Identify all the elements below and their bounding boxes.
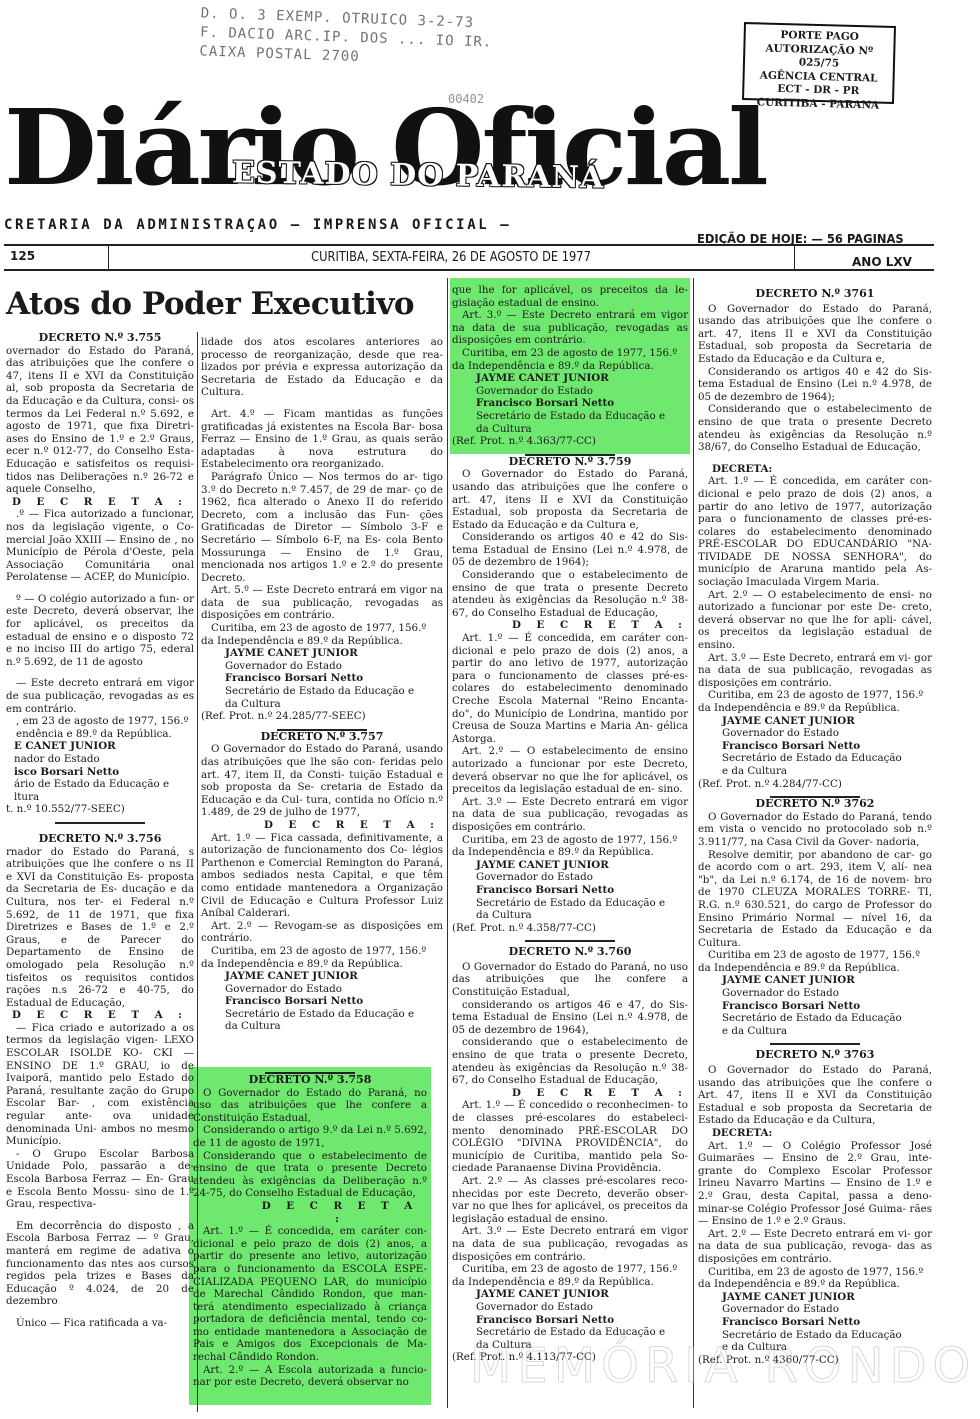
secretaria-line: CRETARIA DA ADMINISTRAÇAO — IMPRENSA OFI… xyxy=(4,217,511,233)
protocol-ref: t. n.º 10.552/77-SEEC) xyxy=(6,803,194,816)
article-text: Art. 1.º — É concedida, em caráter con- … xyxy=(698,475,932,588)
decreta-label: DECRETA: xyxy=(698,463,932,476)
closing-date: da Independência e 89.º da República. xyxy=(698,702,932,715)
decreta-label: D E C R E T A : xyxy=(193,1200,427,1225)
article-text: Em decorrência do disposto , a Escola Ba… xyxy=(6,1220,194,1308)
decreta-label: D E C R E T A : xyxy=(6,1009,194,1022)
article-text: - O Grupo Escolar Barbosa Unidade Polo, … xyxy=(6,1148,194,1211)
column-divider xyxy=(693,278,694,1408)
secretary-role: Secretário de Estado da Educação e xyxy=(201,685,443,698)
dateline-bar: 125 CURITIBA, SEXTA-FEIRA, 26 DE AGOSTO … xyxy=(4,244,934,271)
governor-name: JAYME CANET JUNIOR xyxy=(452,372,688,385)
decreta-label: D E C R E T A : xyxy=(201,819,443,832)
decree-title: DECRETO N.º 3761 xyxy=(698,288,932,301)
governor-role: Governador do Estado xyxy=(698,987,932,1000)
secretary-name: Francisco Borsari Netto xyxy=(698,1316,932,1329)
closing-date: Curitiba, em 23 de agosto de 1977, 156.º xyxy=(201,622,443,635)
decree-preamble: O Governador do Estado do Paraná, no uso… xyxy=(193,1087,427,1125)
decree-preamble: O Governador do Estado do Paraná, usando… xyxy=(698,1064,932,1127)
governor-role: Governador do Estado xyxy=(452,385,688,398)
article-text: Art. 2.º — O estabelecimento de ensi- no… xyxy=(698,589,932,652)
postal-stamp: D. O. 3 EXEMP. OTRUICO 3-2-73 F. DACIO A… xyxy=(199,4,521,72)
porte-line: AUTORIZAÇÃO Nº 025/75 xyxy=(747,42,892,73)
decree-preamble: O Governador do Estado do Paraná, no uso… xyxy=(452,961,688,999)
article-text: Art. 2.º — O estabelecimento de ensino a… xyxy=(452,745,688,795)
decree-preamble: Considerando os artigos 40 e 42 do Sis- … xyxy=(698,366,932,404)
secretary-role: Secretário de Estado da Educação xyxy=(698,752,932,765)
decree-title: DECRETO N.º 3.757 xyxy=(201,731,443,744)
article-text: Art. 1.º — É concedido o reconhecimen- t… xyxy=(452,1099,688,1175)
closing-date: Curitiba, em 23 de agosto de 1977, 156.º xyxy=(201,945,443,958)
decree-title: DECRETO N.º 3.760 xyxy=(452,946,688,959)
issue-number: 125 xyxy=(10,249,35,263)
secretary-role: ltura xyxy=(6,791,194,804)
column-3: que lhe for aplicável, os preceitos da l… xyxy=(452,284,688,1364)
article-text: Art. 3.º — Este Decreto entrará em vigor… xyxy=(452,309,688,347)
closing-date: Curitiba, em 23 de agosto de 1977, 156.º xyxy=(452,1263,688,1276)
article-text: Art. 2.º — Revogam-se as disposições em … xyxy=(201,920,443,945)
divider xyxy=(108,244,109,271)
secretary-role: Secretário de Estado da Educação e xyxy=(452,410,688,423)
article-text: lidade dos atos escolares anteriores ao … xyxy=(201,336,443,399)
article-text: Art. 4.º — Ficam mantidas as funções gra… xyxy=(201,408,443,471)
protocol-ref: (Ref. Prot. n.º 24.285/77-SEEC) xyxy=(201,710,443,723)
divider xyxy=(794,244,795,271)
year-roman: ANO LXV xyxy=(852,255,912,269)
protocol-ref: (Ref. Prot. n.º 4.284/77-CC) xyxy=(698,778,932,791)
governor-role: nador do Estado xyxy=(6,753,194,766)
decree-title: DECRETO N.º 3763 xyxy=(698,1049,932,1062)
closing-date: da Independência e 89.º da República. xyxy=(698,962,932,975)
closing-date: endência e 89.º da República. xyxy=(6,728,194,741)
governor-role: Governador do Estado xyxy=(452,1301,688,1314)
decree-3758-highlighted: DECRETO N.º 3.758 O Governador do Estado… xyxy=(193,1072,427,1389)
article-text: Art. 1.º — Fica cassada, definitivamente… xyxy=(201,832,443,920)
dateline-text: CURITIBA, SEXTA-FEIRA, 26 DE AGOSTO DE 1… xyxy=(149,250,753,265)
decree-title: DECRETO N.º 3.759 xyxy=(452,456,688,469)
closing-date: Curitiba, em 23 de agosto de 1977, 156.º xyxy=(698,689,932,702)
governor-role: Governador do Estado xyxy=(201,660,443,673)
secretary-role: Secretário de Estado da Educação e xyxy=(452,1326,688,1339)
secretary-name: Francisco Borsari Netto xyxy=(452,884,688,897)
article-text: Art. 2.º — Este Decreto entrará em vi- g… xyxy=(698,1228,932,1266)
secretary-role: e da Cultura xyxy=(698,765,932,778)
closing-date: da Independência e 89.º da República. xyxy=(452,846,688,859)
article-text: — Fica criado e autorizado a os termos d… xyxy=(6,1022,194,1148)
governor-name: JAYME CANET JUNIOR xyxy=(698,715,932,728)
watermark: MEMÓRIA RONDONENSE xyxy=(470,1338,980,1394)
column-divider xyxy=(447,278,448,1408)
decree-preamble: considerando que o estabelecimento de en… xyxy=(452,1036,688,1086)
protocol-ref: (Ref. Prot. n.º 4.358/77-CC) xyxy=(452,922,688,935)
paragraph-unico: Parágrafo Único — Nos termos do ar- tigo… xyxy=(201,471,443,584)
article-text: Art. 2.º — A Escola autorizada a funcio-… xyxy=(193,1364,427,1389)
separator-rule xyxy=(770,1043,860,1045)
secretary-role: e da Cultura xyxy=(698,1025,932,1038)
governor-name: JAYME CANET JUNIOR xyxy=(452,1288,688,1301)
secretary-role: da Cultura xyxy=(201,1020,443,1033)
article-text: Art. 3.º — Este Decreto entrará em vigor… xyxy=(452,796,688,834)
decree-preamble: Considerando que o estabelecimento de en… xyxy=(193,1150,427,1200)
article-text: que lhe for aplicável, os preceitos da l… xyxy=(452,284,688,309)
separator-rule xyxy=(525,940,615,942)
governor-name: JAYME CANET JUNIOR xyxy=(201,647,443,660)
decree-preamble: O Governador do Estado do Paraná, tendo … xyxy=(698,811,932,849)
secretary-name: Francisco Borsari Netto xyxy=(201,995,443,1008)
article-text: Art. 3.º — Este Decreto entrará em vigor… xyxy=(452,1225,688,1263)
secretary-name: Francisco Borsari Netto xyxy=(201,672,443,685)
section-title: Atos do Poder Executivo xyxy=(6,286,414,322)
article-text: Único — Fica ratificada a va- xyxy=(6,1317,194,1330)
column-1: DECRETO N.º 3.755 overnador do Estado do… xyxy=(6,332,194,1330)
decree-preamble: overnador do Estado do Paraná, das atrib… xyxy=(6,345,194,496)
secretary-name: Francisco Borsari Netto xyxy=(452,1314,688,1327)
closing-date: da Independência e 89.º da República. xyxy=(698,1278,932,1291)
closing-date: , em 23 de agosto de 1977, 156.º xyxy=(6,715,194,728)
column-4: DECRETO N.º 3761 O Governador do Estado … xyxy=(698,284,932,1366)
secretary-name: Francisco Borsari Netto xyxy=(698,1000,932,1013)
decree-preamble: O Governador do Estado do Paraná, usando… xyxy=(201,743,443,819)
governor-role: Governador do Estado xyxy=(201,983,443,996)
closing-date: da Independência e 89.º da República. xyxy=(201,958,443,971)
decreta-label: D E C R E T A : xyxy=(6,496,194,509)
closing-date: da Independência e 89.º da República. xyxy=(452,1276,688,1289)
article-text: Art. 5.º — Este Decreto entrará em vigor… xyxy=(201,584,443,622)
article-text: Resolve demitir, por abandono de car- go… xyxy=(698,849,932,950)
article-text: Art. 2.º — As classes pré-escolares reco… xyxy=(452,1175,688,1225)
decree-preamble: Considerando os artigos 40 e 42 do Sis- … xyxy=(452,531,688,569)
governor-name: JAYME CANET JUNIOR xyxy=(698,1291,932,1304)
closing-date: Curitiba, em 23 de agosto de 1977, 156.º xyxy=(452,347,688,360)
decree-title: DECRETO N.º 3.758 xyxy=(193,1074,427,1087)
closing-date: da Independência e 89.º da República. xyxy=(452,360,688,373)
governor-name: E CANET JUNIOR xyxy=(6,740,194,753)
decree-preamble: considerando os artigos 46 e 47, do Sis-… xyxy=(452,999,688,1037)
secretary-role: Secretário de Estado da Educação e xyxy=(201,1008,443,1021)
article-text: Art. 1.º — O Colégio Professor José Guim… xyxy=(698,1140,932,1228)
masthead: Diário Oficial ESTADO DO PARANÁ xyxy=(0,96,980,206)
column-2: lidade dos atos escolares anteriores ao … xyxy=(201,336,443,1033)
governor-name: JAYME CANET JUNIOR xyxy=(452,859,688,872)
decreta-label: D E C R E T A : xyxy=(452,1087,688,1100)
secretary-role: da Cultura xyxy=(452,909,688,922)
decree-preamble: Considerando o artigo 9.º da Lei n.º 5.6… xyxy=(193,1124,427,1149)
secretary-role: da Cultura xyxy=(201,698,443,711)
decreta-label: DECRETA: xyxy=(698,1127,932,1140)
secretary-role: ário de Estado da Educação e xyxy=(6,778,194,791)
governor-name: JAYME CANET JUNIOR xyxy=(698,974,932,987)
newspaper-subtitle: ESTADO DO PARANÁ xyxy=(232,155,605,195)
secretary-role: da Cultura xyxy=(452,423,688,436)
decree-preamble: O Governador do Estado do Paraná, usando… xyxy=(698,303,932,366)
governor-name: JAYME CANET JUNIOR xyxy=(201,970,443,983)
article-text: Art. 3.º — Este Decreto, entrará em vi- … xyxy=(698,652,932,690)
closing-date: Curitiba, em 23 de agosto de 1977, 156.º xyxy=(452,834,688,847)
article-text: — Este decreto entrará em vigor de sua p… xyxy=(6,677,194,715)
secretary-role: Secretário de Estado da Educação e xyxy=(452,897,688,910)
closing-date: Curitiba em 23 de agosto de 1977, 156.º xyxy=(698,949,932,962)
governor-role: Governador do Estado xyxy=(698,1303,932,1316)
secretary-name: isco Borsari Netto xyxy=(6,766,194,779)
article-text: Art. 1.º — É concedida, em caráter con- … xyxy=(452,632,688,745)
governor-role: Governador do Estado xyxy=(452,871,688,884)
closing-date: da Independência e 89.º da República. xyxy=(201,635,443,648)
secretary-name: Francisco Borsari Netto xyxy=(698,740,932,753)
governor-role: Governador do Estado xyxy=(698,727,932,740)
decree-preamble: rnador do Estado do Paraná, s atribuiçõe… xyxy=(6,846,194,1010)
decree-title: DECRETO N.º 3.755 xyxy=(6,332,194,345)
decreta-label: D E C R E T A : xyxy=(452,619,688,632)
decree-title: DECRETO N.º 3762 xyxy=(698,798,932,811)
secretary-role: Secretário de Estado da Educação xyxy=(698,1012,932,1025)
secretary-name: Francisco Borsari Netto xyxy=(452,397,688,410)
article-text: Art. 1.º — É concedida, em caráter con- … xyxy=(193,1225,427,1364)
decree-preamble: Considerando que o estabelecimento de en… xyxy=(698,403,932,453)
decree-title: DECRETO N.º 3.756 xyxy=(6,833,194,846)
decree-preamble: Considerando que o estabelecimento de en… xyxy=(452,569,688,619)
protocol-ref: (Ref. Prot. n.º 4.363/77-CC) xyxy=(452,435,688,448)
decree-preamble: O Governador do Estado do Paraná, usando… xyxy=(452,468,688,531)
article-text: .º — Fica autorizado a funcionar, nos da… xyxy=(6,508,194,584)
closing-date: Curitiba, em 23 de agosto de 1977, 156.º xyxy=(698,1266,932,1279)
article-text: º — O colégio autorizado a fun- or este … xyxy=(6,593,194,669)
